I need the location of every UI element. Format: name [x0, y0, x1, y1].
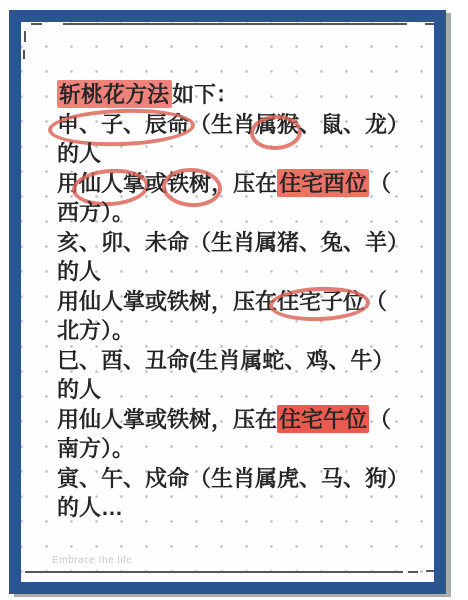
text-segment: 如下：	[172, 82, 238, 107]
text-segment: 西方）。	[57, 200, 134, 225]
text-segment: 北方）。	[57, 318, 134, 343]
text-line: 斩桃花方法如下：	[57, 80, 421, 110]
text-segment: （	[369, 171, 391, 196]
circled-text: 铁树	[167, 171, 211, 196]
text-line: 南方）。	[57, 434, 421, 464]
text-segment: （	[369, 407, 391, 432]
text-segment: （生肖	[189, 112, 255, 137]
text-line: 用仙人掌或铁树，压在住宅子位（	[57, 287, 421, 317]
text-line: 的人	[57, 139, 421, 169]
frame-line-top-dash	[31, 23, 42, 25]
highlighted-text: 住宅午位	[277, 405, 369, 433]
text-segment: 的人	[57, 141, 101, 166]
text-segment: 的人	[57, 377, 101, 402]
frame-line-top	[63, 23, 407, 25]
edge-tick-mark	[23, 50, 25, 59]
note-card: 斩桃花方法如下：申、子、辰命（生肖属猴、鼠、龙）的人用仙人掌或铁树，压在住宅酉位…	[9, 10, 446, 594]
text-segment: 、鼠、龙）	[299, 112, 409, 137]
highlighted-text: 斩桃花方法	[57, 80, 172, 108]
circled-text: 住宅子位	[277, 289, 365, 314]
text-line: 用仙人掌或铁树，压在住宅酉位（	[57, 169, 421, 199]
text-line: 的人…	[57, 493, 421, 523]
circled-text: 属猴	[255, 112, 299, 137]
text-segment: （	[365, 289, 387, 314]
text-line: 寅、午、戍命（生肖属虎、马、狗）	[57, 464, 421, 494]
text-segment: 亥、卯、未命（生肖属猪、兔、羊）	[57, 230, 409, 255]
text-line: 西方）。	[57, 198, 421, 228]
text-segment: 巳、酉、丑命(生肖属蛇、鸡、牛）	[57, 348, 394, 373]
text-segment: 南方）。	[57, 436, 134, 461]
frame-line-bottom-dash	[426, 570, 435, 572]
frame-line-bottom-dash	[408, 571, 418, 573]
text-segment: 寅、午、戍命（生肖属虎、马、狗）	[57, 466, 409, 491]
circled-text: 仙人掌	[79, 171, 145, 196]
edge-tick-mark	[24, 31, 26, 42]
text-segment: 用仙人掌或铁树，压在	[57, 289, 277, 314]
frame-line-bottom	[25, 571, 403, 573]
circled-text: 申、子、辰命	[57, 112, 189, 137]
text-segment: 用仙人掌或铁树，压在	[57, 407, 277, 432]
watermark: Embrace the life	[52, 555, 132, 566]
page: 斩桃花方法如下：申、子、辰命（生肖属猴、鼠、龙）的人用仙人掌或铁树，压在住宅酉位…	[0, 0, 468, 600]
text-lines: 斩桃花方法如下：申、子、辰命（生肖属猴、鼠、龙）的人用仙人掌或铁树，压在住宅酉位…	[57, 80, 421, 523]
text-line: 用仙人掌或铁树，压在住宅午位（	[57, 405, 421, 435]
text-segment: 或	[145, 171, 167, 196]
text-line: 巳、酉、丑命(生肖属蛇、鸡、牛）	[57, 346, 421, 376]
text-line: 北方）。	[57, 316, 421, 346]
text-line: 申、子、辰命（生肖属猴、鼠、龙）	[57, 110, 421, 140]
text-segment: 的人…	[57, 495, 123, 520]
text-segment: 的人	[57, 259, 101, 284]
text-segment: ，压在	[211, 171, 277, 196]
text-line: 的人	[57, 257, 421, 287]
highlighted-text: 住宅酉位	[277, 169, 369, 197]
frame-line-top-dash	[425, 23, 435, 25]
text-line: 的人	[57, 375, 421, 405]
text-segment: 用	[57, 171, 79, 196]
text-line: 亥、卯、未命（生肖属猪、兔、羊）	[57, 228, 421, 258]
